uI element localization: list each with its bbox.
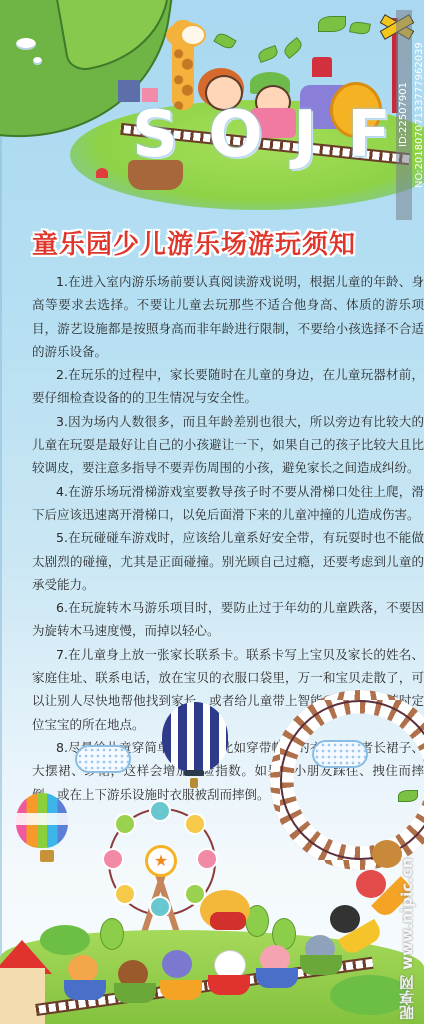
- rule-item: 1.在进入室内游乐场前要认真阅读游戏说明，根据儿童的年龄、身高等要求去选择。不要…: [32, 270, 424, 363]
- cloud-lettering: S O J F: [132, 98, 395, 172]
- rule-item: 6.在玩旋转木马游乐项目时，要防止过于年幼的儿童跌落，不要因为旋转木马速度慢，而…: [32, 596, 424, 643]
- balloon-basket-icon: [40, 850, 54, 862]
- gondola-icon: [184, 813, 206, 835]
- elephant-icon: [162, 950, 192, 978]
- mushroom-icon: [96, 168, 108, 178]
- gondola-icon: [149, 896, 171, 918]
- cloud-icon: [312, 740, 368, 768]
- water-drop-icon: [16, 38, 36, 50]
- balloon-skirt: [184, 770, 204, 776]
- gondola-icon: [102, 848, 124, 870]
- hot-air-balloon-icon: [162, 702, 228, 772]
- rainbow-balloon-icon: [16, 793, 68, 848]
- rule-item: 3.因为场内人数很多，而且年龄差别也很大，所以旁边有比较大的儿童在玩耍是最好让自…: [32, 410, 424, 480]
- train-car: [160, 980, 202, 1000]
- falling-leaf-icon: [257, 45, 280, 63]
- rule-item: 4.在游乐场玩滑梯游戏室要教导孩子时不要从滑梯口处往上爬，滑下后应该迅速离开滑梯…: [32, 480, 424, 527]
- poster-title: 童乐园少儿游乐场游玩须知: [32, 224, 356, 261]
- train-car: [300, 955, 342, 975]
- gondola-icon: [114, 813, 136, 835]
- gondola-icon: [114, 883, 136, 905]
- rule-item: 2.在玩乐的过程中，家长要随时在儿童的身边，在儿童玩器材前，要仔细检查设备的的卫…: [32, 363, 424, 410]
- falling-leaf-icon: [349, 20, 371, 35]
- left-border: [0, 0, 2, 1024]
- bear-icon: [68, 955, 98, 983]
- gondola-icon: [149, 800, 171, 822]
- rule-item: 5.在玩碰碰车游戏时，应该给儿童系好安全带，有玩耍时也不能做太剧烈的碰撞，尤其是…: [32, 526, 424, 596]
- train-car: [64, 980, 106, 1000]
- watermark-id: ID:22507901 NO:20180707133777962039: [396, 10, 412, 220]
- falling-leaf-icon: [318, 16, 346, 32]
- chimney-icon: [312, 57, 332, 77]
- watermark-site: 昵享网 www.nipic.cn: [396, 800, 418, 1020]
- falling-leaf-icon: [213, 31, 236, 51]
- balloon-basket-icon: [190, 778, 198, 788]
- train-car: [114, 983, 156, 1003]
- bear-shirt: [210, 912, 246, 930]
- falling-leaf-icon: [281, 37, 304, 59]
- water-drop-icon: [33, 57, 42, 65]
- cloud-icon: [75, 745, 131, 773]
- train-car: [256, 968, 298, 988]
- train-car: [208, 975, 250, 995]
- giraffe-face: [182, 26, 204, 44]
- star-icon: ★: [145, 845, 177, 877]
- tree-icon: [100, 918, 124, 950]
- gondola-icon: [196, 848, 218, 870]
